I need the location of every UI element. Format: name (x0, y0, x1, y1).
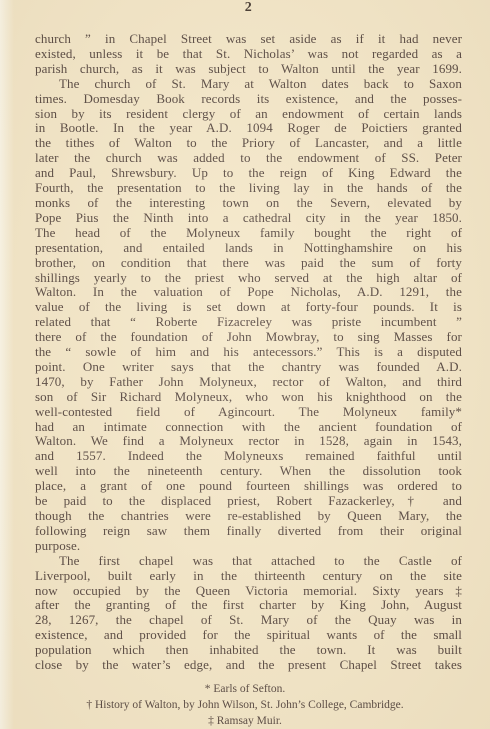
footnote: † History of Walton, by John Wilson, St.… (20, 697, 470, 713)
page-left-edge-highlight (0, 0, 14, 729)
text-line: 1470, by Father John Molyneux, rector of… (35, 375, 462, 390)
text-line: Pope Pius the Ninth into a cathedral cit… (35, 211, 462, 226)
paragraph: The first chapel was that attached to th… (35, 554, 462, 673)
text-line: there of the foundation of John Mowbray,… (35, 330, 462, 345)
text-line: shillings yearly to the priest who serve… (35, 271, 462, 286)
text-line: the “ sowle of him and his antecessors.”… (35, 345, 462, 360)
text-line: had an intimate connection with the anci… (35, 420, 462, 435)
text-line: The church of St. Mary at Walton dates b… (35, 77, 462, 92)
text-line: point. One writer says that the chantry … (35, 360, 462, 375)
text-line: times. Domesday Book records its existen… (35, 92, 462, 107)
text-line: existence, and provided for the spiritua… (35, 628, 462, 643)
text-line: and Paul, Shrewsbury. Up to the reign of… (35, 166, 462, 181)
text-line: sion by its resident clergy of an endowm… (35, 107, 462, 122)
text-line: presentation, and entailed lands in Nott… (35, 241, 462, 256)
text-line: in Bootle. In the year A.D. 1094 Roger d… (35, 121, 462, 136)
text-line: though the chantries were re-established… (35, 509, 462, 524)
text-block: church ” in Chapel Street was set aside … (35, 32, 462, 673)
text-line: well-contested field of Agincourt. The M… (35, 405, 462, 420)
text-line: Fourth, the presentation to the living l… (35, 181, 462, 196)
text-line: be paid to the displaced priest, Robert … (35, 494, 462, 509)
text-line: the tithes of Walton to the Priory of La… (35, 136, 462, 151)
text-line: well into the nineteenth century. When t… (35, 464, 462, 479)
text-line: Walton. In the valuation of Pope Nichola… (35, 285, 462, 300)
text-line: later the church was added to the endowm… (35, 151, 462, 166)
paragraph: The church of St. Mary at Walton dates b… (35, 77, 462, 554)
text-line: now occupied by the Queen Victoria memor… (35, 584, 462, 599)
text-line: value of the living is set down at forty… (35, 300, 462, 315)
text-line: purpose. (35, 539, 462, 554)
text-line: after the granting of the first charter … (35, 598, 462, 613)
text-line: following reign saw them finally diverte… (35, 524, 462, 539)
text-line: place, a grant of one pound fourteen shi… (35, 479, 462, 494)
footnotes: * Earls of Sefton.† History of Walton, b… (20, 681, 470, 729)
footnote: ‡ Ramsay Muir. (20, 713, 470, 729)
paragraph: church ” in Chapel Street was set aside … (35, 32, 462, 77)
text-line: existed, unless it be that St. Nicholas’… (35, 47, 462, 62)
text-line: parish church, as it was subject to Walt… (35, 62, 462, 77)
text-line: related that “ Roberte Fizacreley was pr… (35, 315, 462, 330)
text-line: son of Sir Richard Molyneux, who won his… (35, 390, 462, 405)
text-line: church ” in Chapel Street was set aside … (35, 32, 462, 47)
text-line: monks of the interesting town on the Sev… (35, 196, 462, 211)
text-line: close by the water’s edge, and the prese… (35, 658, 462, 673)
text-line: The head of the Molyneux family bought t… (35, 226, 462, 241)
text-line: Liverpool, built early in the thirteenth… (35, 569, 462, 584)
text-line: population which then inhabited the town… (35, 643, 462, 658)
text-line: Walton. We find a Molyneux rector in 152… (35, 434, 462, 449)
text-line: The first chapel was that attached to th… (35, 554, 462, 569)
page-number: 2 (35, 0, 462, 16)
text-line: 28, 1267, the chapel of St. Mary of the … (35, 613, 462, 628)
book-page: 2 church ” in Chapel Street was set asid… (0, 0, 490, 729)
footnote: * Earls of Sefton. (20, 681, 470, 697)
text-line: and 1557. Indeed the Molyneuxs remained … (35, 449, 462, 464)
text-line: brother, on condition that there was pai… (35, 256, 462, 271)
